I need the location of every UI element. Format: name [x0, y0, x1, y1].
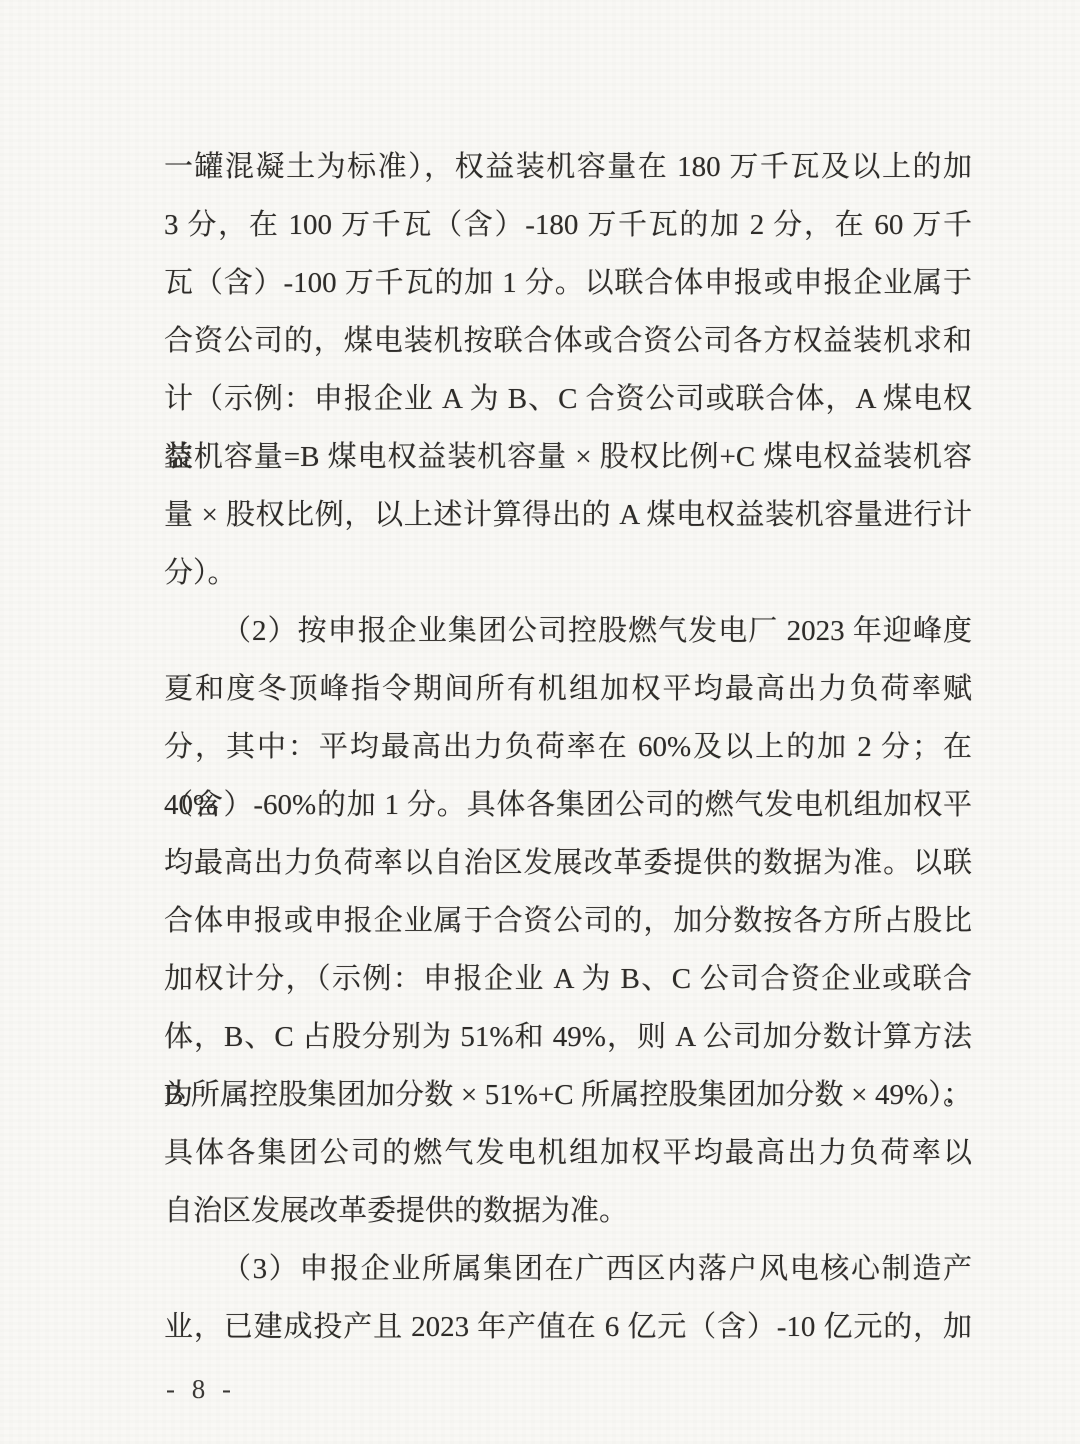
- text-line: 加权计分，（示例：申报企业 A 为 B、C 公司合资企业或联合: [164, 950, 972, 1008]
- text-line: 分，其中：平均最高出力负荷率在 60%及以上的加 2 分；在 40%: [164, 718, 972, 776]
- text-line: 均最高出力负荷率以自治区发展改革委提供的数据为准。以联: [164, 834, 972, 892]
- text-line: 自治区发展改革委提供的数据为准。: [164, 1182, 972, 1240]
- text-line: 业，已建成投产且 2023 年产值在 6 亿元（含）-10 亿元的，加: [164, 1298, 972, 1356]
- page-number: - 8 -: [166, 1364, 236, 1414]
- text-line: 瓦（含）-100 万千瓦的加 1 分。以联合体申报或申报企业属于: [164, 254, 972, 312]
- text-line: 一罐混凝土为标准），权益装机容量在 180 万千瓦及以上的加: [164, 138, 972, 196]
- text-line: 分）。: [164, 544, 972, 602]
- text-line: （3）申报企业所属集团在广西区内落户风电核心制造产: [164, 1240, 972, 1298]
- text-line: 体，B、C 占股分别为 51%和 49%，则 A 公司加分数计算方法为：: [164, 1008, 972, 1066]
- scanned-document-page: 一罐混凝土为标准），权益装机容量在 180 万千瓦及以上的加3 分，在 100 …: [0, 0, 1080, 1444]
- text-line: 合体申报或申报企业属于合资公司的，加分数按各方所占股比: [164, 892, 972, 950]
- text-line: 夏和度冬顶峰指令期间所有机组加权平均最高出力负荷率赋: [164, 660, 972, 718]
- document-body: 一罐混凝土为标准），权益装机容量在 180 万千瓦及以上的加3 分，在 100 …: [164, 138, 972, 1356]
- text-line: （含）-60%的加 1 分。具体各集团公司的燃气发电机组加权平: [164, 776, 972, 834]
- text-line: 计（示例：申报企业 A 为 B、C 合资公司或联合体，A 煤电权益: [164, 370, 972, 428]
- text-line: 3 分，在 100 万千瓦（含）-180 万千瓦的加 2 分，在 60 万千: [164, 196, 972, 254]
- text-line: 具体各集团公司的燃气发电机组加权平均最高出力负荷率以: [164, 1124, 972, 1182]
- text-line: B 所属控股集团加分数 × 51%+C 所属控股集团加分数 × 49%）。: [164, 1066, 972, 1124]
- text-line: 装机容量=B 煤电权益装机容量 × 股权比例+C 煤电权益装机容: [164, 428, 972, 486]
- text-line: 量 × 股权比例，以上述计算得出的 A 煤电权益装机容量进行计: [164, 486, 972, 544]
- text-line: 合资公司的，煤电装机按联合体或合资公司各方权益装机求和: [164, 312, 972, 370]
- text-line: （2）按申报企业集团公司控股燃气发电厂 2023 年迎峰度: [164, 602, 972, 660]
